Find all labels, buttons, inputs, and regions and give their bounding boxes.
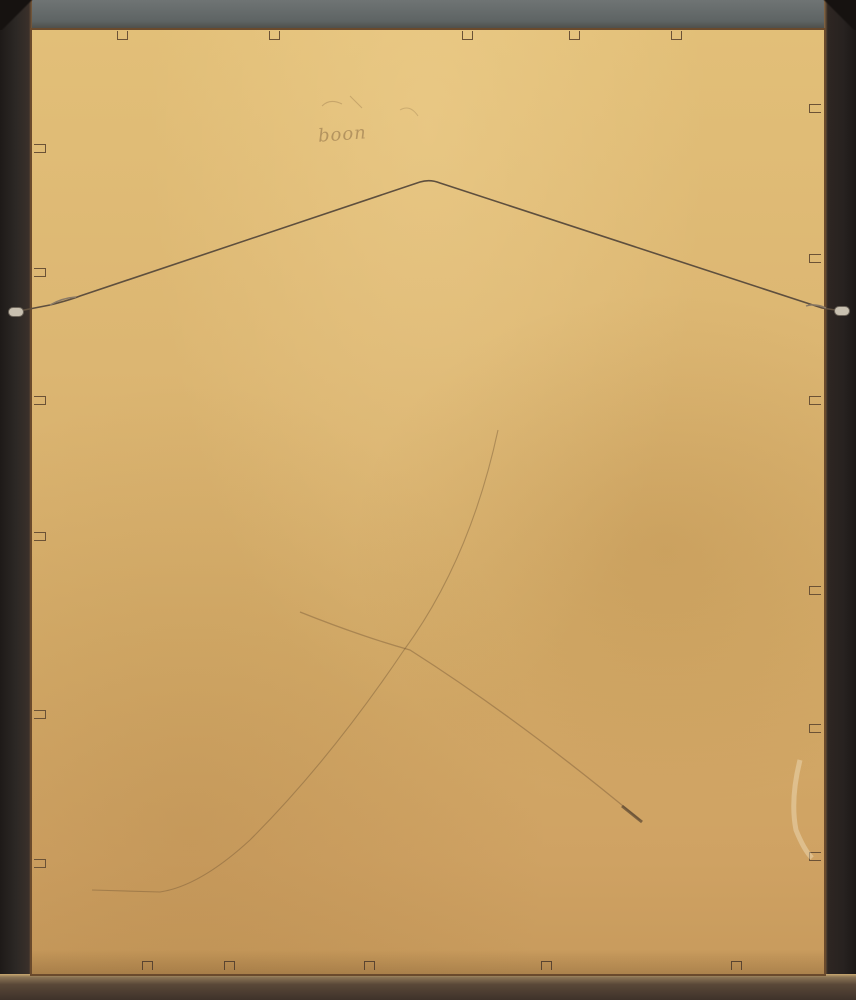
hanging-wire [14,181,842,312]
pencil-line [92,430,498,892]
wire-and-marks [0,0,856,1000]
framed-picture-back: boon [0,0,856,1000]
screw-eye-left-icon [8,307,24,317]
screw-eye-right-icon [834,306,850,316]
pencil-inscription: boon [317,122,367,146]
pencil-line [300,612,640,820]
